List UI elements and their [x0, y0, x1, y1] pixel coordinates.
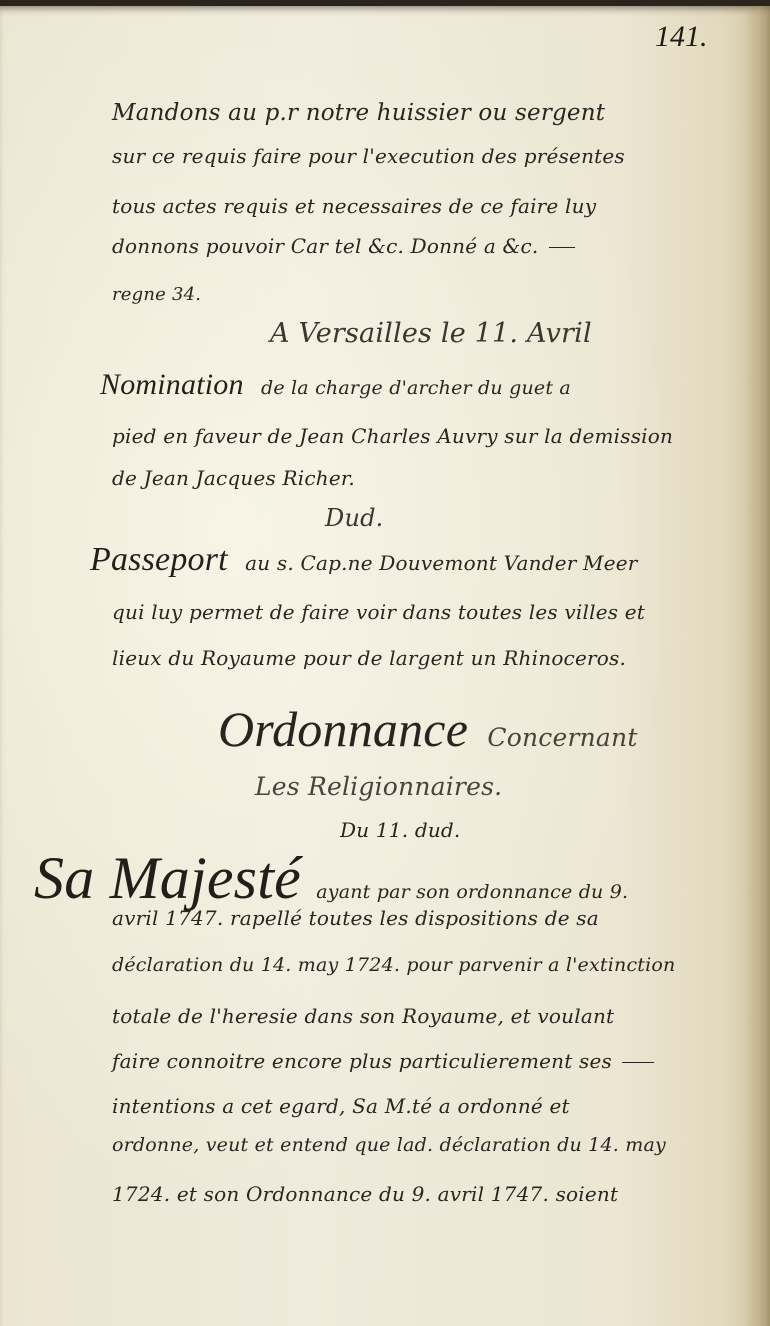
- text-line: totale de l'heresie dans son Royaume, et…: [112, 1006, 614, 1026]
- text-line: pied en faveur de Jean Charles Auvry sur…: [112, 426, 673, 446]
- heading-line: Ordonnance Concernant: [218, 700, 638, 758]
- initial-sa-majeste: Sa Majesté: [34, 845, 301, 911]
- text-line: qui luy permet de faire voir dans toutes…: [112, 602, 645, 622]
- line-filler-dash: [622, 1062, 654, 1064]
- ordonnance-title: Ordonnance: [218, 701, 468, 757]
- text-line: de Jean Jacques Richer.: [112, 468, 355, 488]
- manuscript-page: 141. Mandons au p.r notre huissier ou se…: [0, 6, 770, 1326]
- text-line-content: de la charge d'archer du guet a: [261, 377, 571, 399]
- ordonnance-subtitle: Les Religionnaires.: [255, 772, 502, 801]
- text-line: lieux du Royaume pour de largent un Rhin…: [112, 648, 626, 668]
- text-line-content: faire connoitre encore plus particuliere…: [112, 1049, 612, 1073]
- text-line: sur ce requis faire pour l'execution des…: [112, 146, 625, 166]
- text-line: donnons pouvoir Car tel &c. Donné a &c.: [112, 236, 575, 256]
- text-line: Sa Majesté ayant par son ordonnance du 9…: [34, 844, 628, 913]
- dateline-dud: Dud.: [325, 504, 384, 532]
- text-line-content: donnons pouvoir Car tel &c. Donné a &c.: [112, 234, 539, 258]
- text-line: intentions a cet egard, Sa M.té a ordonn…: [112, 1096, 570, 1116]
- text-line: tous actes requis et necessaires de ce f…: [112, 196, 596, 216]
- ordonnance-title-rest: Concernant: [487, 723, 637, 752]
- text-line: Passeport au s. Cap.ne Douvemont Vander …: [90, 541, 638, 579]
- line-filler-dash: [549, 247, 575, 249]
- text-line: Mandons au p.r notre huissier ou sergent: [112, 102, 605, 125]
- text-line: Nomination de la charge d'archer du guet…: [100, 368, 571, 402]
- text-line: 1724. et son Ordonnance du 9. avril 1747…: [112, 1184, 618, 1204]
- text-line: ordonne, veut et entend que lad. déclara…: [112, 1136, 666, 1155]
- text-line: faire connoitre encore plus particuliere…: [112, 1051, 654, 1071]
- entry-word-passeport: Passeport: [90, 541, 228, 578]
- dateline-versailles: A Versailles le 11. Avril: [270, 318, 592, 349]
- text-line-content: au s. Cap.ne Douvemont Vander Meer: [245, 551, 637, 575]
- folio-number: 141.: [655, 20, 708, 54]
- text-line-content: ayant par son ordonnance du 9.: [316, 881, 628, 903]
- text-line: avril 1747. rapellé toutes les dispositi…: [112, 908, 599, 928]
- page-gutter-shadow: [742, 6, 770, 1326]
- entry-word-nomination: Nomination: [100, 368, 244, 401]
- text-line: déclaration du 14. may 1724. pour parven…: [112, 956, 676, 975]
- text-line: regne 34.: [112, 286, 201, 304]
- ordonnance-date: Du 11. dud.: [340, 818, 460, 842]
